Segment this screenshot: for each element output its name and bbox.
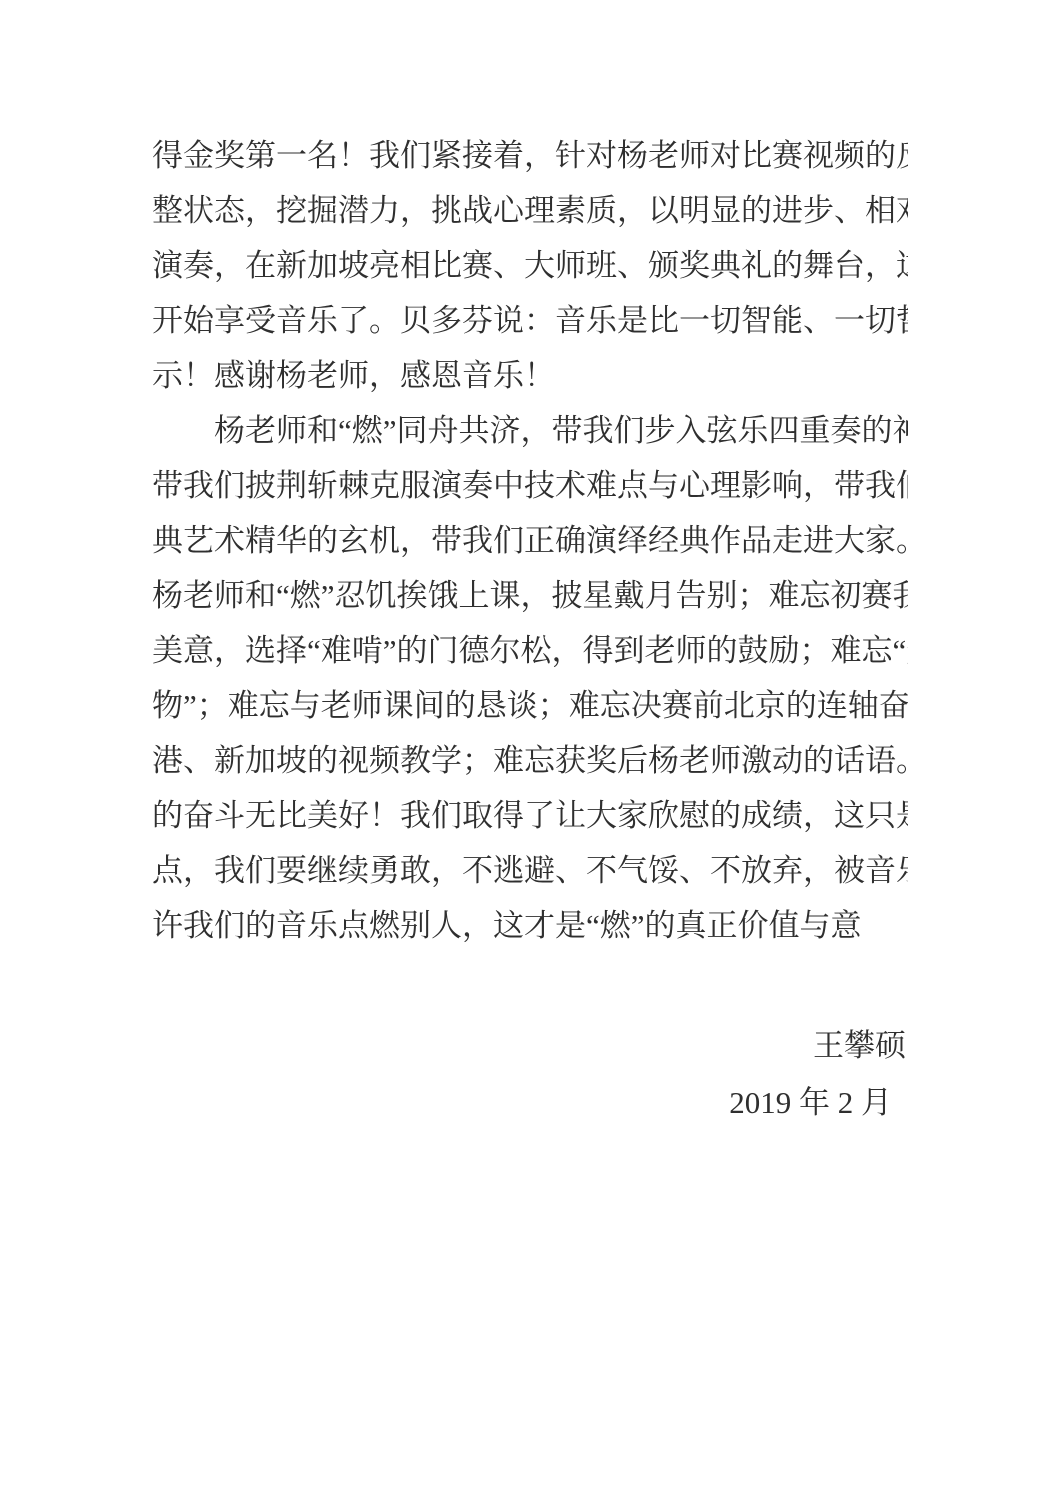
text-line: 带我们披荆斩棘克服演奏中技术难点与心理影响，带我们领略西方古 xyxy=(152,458,908,513)
text-line: 杨老师和“燃”同舟共济，带我们步入弦乐四重奏的神圣殿堂， xyxy=(152,403,908,458)
text-line: 演奏，在新加坡亮相比赛、大师班、颁奖典礼的舞台，这时候的“燃” xyxy=(152,238,908,293)
text-line: 典艺术精华的玄机，带我们正确演绎经典作品走进大家。难忘无数次 xyxy=(152,513,908,568)
text-line: 开始享受音乐了。贝多芬说：音乐是比一切智能、一切哲学更高的启 xyxy=(152,293,908,348)
signature: 王攀硕 xyxy=(152,1018,908,1073)
text-line: 港、新加坡的视频教学；难忘获奖后杨老师激动的话语。这一切让“燃” xyxy=(152,733,908,788)
text-line: 物”；难忘与老师课间的恳谈；难忘决赛前北京的连轴奋战；难忘香 xyxy=(152,678,908,733)
text-line: 许我们的音乐点燃别人，这才是“燃”的真正价值与意义！ xyxy=(152,898,908,953)
text-line: 的奋斗无比美好！我们取得了让大家欣慰的成绩，这只是一个新的起 xyxy=(152,788,908,843)
text-line: 整状态，挖掘潜力，挑战心理素质，以明显的进步、相对更为准确的 xyxy=(152,183,908,238)
text-line: 得金奖第一名！我们紧接着，针对杨老师对比赛视频的反馈，开始调 xyxy=(152,128,908,183)
text-line: 点，我们要继续勇敢，不逃避、不气馁、不放弃，被音乐点燃，也期 xyxy=(152,843,908,898)
letter-closing: 王攀硕 2019 年 2 月 xyxy=(152,1018,908,1130)
text-line: 杨老师和“燃”忍饥挨饿上课，披星戴月告别；难忘初赛我们“辜负” xyxy=(152,568,908,623)
paragraph-2: 杨老师和“燃”同舟共济，带我们步入弦乐四重奏的神圣殿堂， 带我们披荆斩棘克服演奏… xyxy=(152,403,908,953)
text-line: 示！感谢杨老师，感恩音乐！ xyxy=(152,348,908,403)
text-line: 美意，选择“难啃”的门德尔松，得到老师的鼓励；难忘“麦琪的礼 xyxy=(152,623,908,678)
paragraph-1: 得金奖第一名！我们紧接着，针对杨老师对比赛视频的反馈，开始调 整状态，挖掘潜力，… xyxy=(152,128,908,403)
document-page: 得金奖第一名！我们紧接着，针对杨老师对比赛视频的反馈，开始调 整状态，挖掘潜力，… xyxy=(0,0,1060,1500)
letter-body: 得金奖第一名！我们紧接着，针对杨老师对比赛视频的反馈，开始调 整状态，挖掘潜力，… xyxy=(152,128,908,953)
date: 2019 年 2 月 xyxy=(152,1075,908,1130)
